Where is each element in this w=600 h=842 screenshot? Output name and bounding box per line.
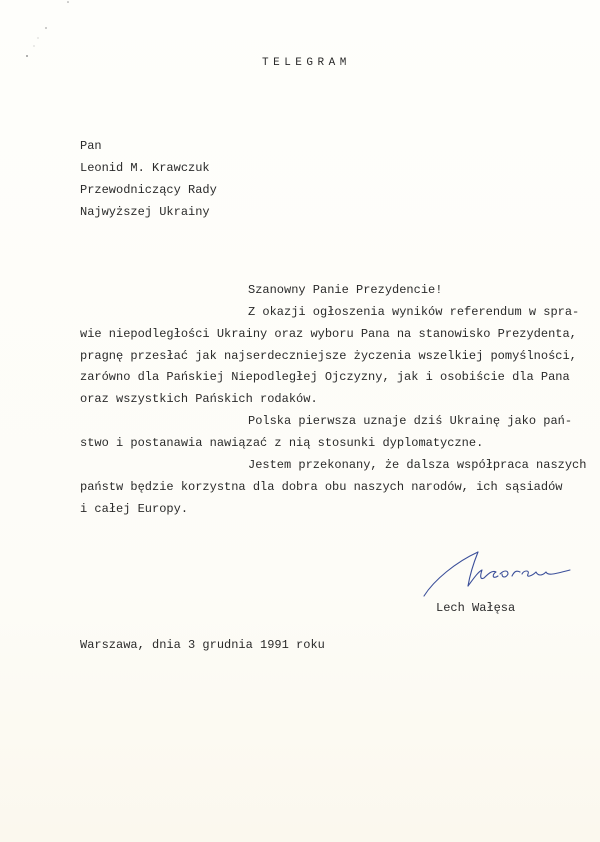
paper-specks xyxy=(0,0,100,80)
handwritten-signature xyxy=(420,548,580,598)
recipient-line: Przewodniczący Rady xyxy=(80,183,217,197)
paragraph-line: zarówno dla Pańskiej Niepodległej Ojczyz… xyxy=(80,370,570,384)
paragraph-line: i całej Europy. xyxy=(80,502,188,516)
paragraph-line: wie niepodległości Ukrainy oraz wyboru P… xyxy=(80,327,577,341)
document-title: TELEGRAM xyxy=(262,56,351,70)
paragraph-line: pragnę przesłać jak najserdeczniejsze ży… xyxy=(80,349,577,363)
paragraph-line: Jestem przekonany, że dalsza współpraca … xyxy=(248,458,586,472)
place-and-date: Warszawa, dnia 3 grudnia 1991 roku xyxy=(80,638,325,652)
recipient-line: Najwyższej Ukrainy xyxy=(80,205,210,219)
signer-name: Lech Wałęsa xyxy=(436,601,515,615)
recipient-line: Leonid M. Krawczuk xyxy=(80,161,210,175)
paragraph-line: oraz wszystkich Pańskich rodaków. xyxy=(80,392,318,406)
paragraph-line: państw będzie korzystna dla dobra obu na… xyxy=(80,480,562,494)
paragraph-line: stwo i postanawia nawiązać z nią stosunk… xyxy=(80,436,483,450)
paragraph-line: Z okazji ogłoszenia wyników referendum w… xyxy=(248,305,579,319)
greeting: Szanowny Panie Prezydencie! xyxy=(248,283,442,297)
recipient-line: Pan xyxy=(80,139,102,153)
paragraph-line: Polska pierwsza uznaje dziś Ukrainę jako… xyxy=(248,414,572,428)
telegram-page: TELEGRAM Pan Leonid M. Krawczuk Przewodn… xyxy=(0,0,600,842)
